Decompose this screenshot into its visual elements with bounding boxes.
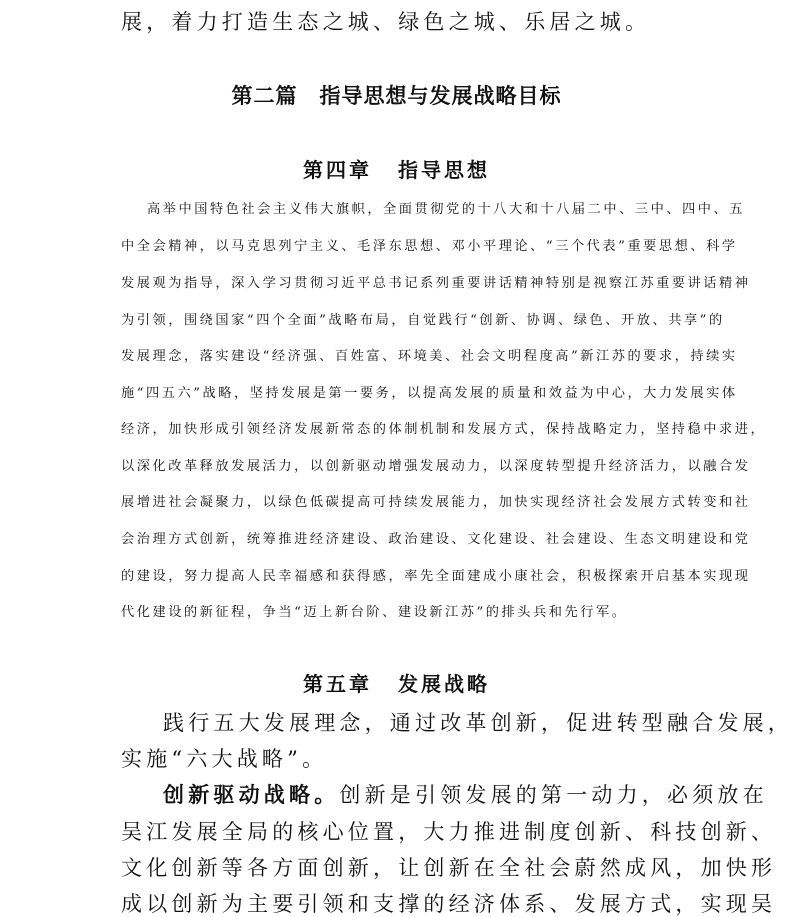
paragraph-line: 施“四五六”战略，坚持发展是第一要务，以提高发展的质量和效益为中心，大力发展实体 bbox=[121, 382, 738, 401]
paragraph-line: 经济，加快形成引领经济发展新常态的体制机制和发展方式，保持战略定力，坚持稳中求进… bbox=[121, 418, 766, 437]
paragraph-line: 发展观为指导，深入学习贯彻习近平总书记系列重要讲话精神特别是视察江苏重要讲话精神 bbox=[121, 272, 751, 291]
strategy-lead: 创新驱动战略。 bbox=[163, 782, 339, 807]
paragraph-line: 代化建设的新征程，争当“迈上新台阶、建设新江苏”的排头兵和先行军。 bbox=[121, 601, 627, 620]
paragraph-line: 中全会精神，以马克思列宁主义、毛泽东思想、邓小平理论、“三个代表”重要思想、科学 bbox=[121, 235, 738, 254]
paragraph-line: 会治理方式创新，统筹推进经济建设、政治建设、文化建设、社会建设、生态文明建设和党 bbox=[121, 528, 751, 547]
paragraph-line: 高举中国特色社会主义伟大旗帜，全面贯彻党的十八大和十八届二中、三中、四中、五 bbox=[147, 198, 745, 217]
paragraph-line: 创新驱动战略。创新是引领发展的第一动力，必须放在 bbox=[163, 779, 768, 809]
chapter-heading: 指导思想 bbox=[398, 158, 490, 182]
paragraph-line: 践行五大发展理念，通过改革创新，促进转型融合发展， bbox=[163, 707, 793, 737]
paragraph-line: 文化创新等各方面创新，让创新在全社会蔚然成风，加快形 bbox=[121, 852, 776, 882]
chapter-4-title: 第四章指导思想 bbox=[0, 154, 793, 183]
paragraph-line: 发展理念，落实建设“经济强、百姓富、环境美、社会文明程度高”新江苏的要求，持续实 bbox=[121, 345, 738, 364]
strategy-text: 创新是引领发展的第一动力，必须放在 bbox=[339, 783, 767, 807]
paragraph-line: 以深化改革释放发展活力，以创新驱动增强发展动力，以深度转型提升经济活力，以融合发 bbox=[121, 455, 751, 474]
part-heading: 指导思想与发展战略目标 bbox=[320, 84, 562, 108]
continuation-line: 展，着力打造生态之城、绿色之城、乐居之城。 bbox=[121, 6, 650, 36]
chapter-5-title: 第五章发展战略 bbox=[0, 668, 793, 697]
chapter-number: 第五章 bbox=[303, 672, 372, 696]
paragraph-line: 成以创新为主要引领和支撑的经济体系、发展方式，实现吴 bbox=[121, 888, 776, 917]
chapter-heading: 发展战略 bbox=[398, 672, 490, 696]
paragraph-line: 为引领，围绕国家“四个全面”战略布局，自觉践行“创新、协调、绿色、开放、共享”的 bbox=[121, 309, 725, 328]
paragraph-line: 展增进社会凝聚力，以绿色低碳提高可持续发展能力，加快实现经济社会发展方式转变和社 bbox=[121, 491, 751, 510]
document-page: 展，着力打造生态之城、绿色之城、乐居之城。 第二篇指导思想与发展战略目标 第四章… bbox=[0, 0, 793, 917]
paragraph-line: 吴江发展全局的核心位置，大力推进制度创新、科技创新、 bbox=[121, 816, 776, 846]
paragraph-line: 的建设，努力提高人民幸福感和获得感，率先全面建成小康社会，积极探索开启基本实现现 bbox=[121, 565, 751, 584]
paragraph-line: 实施“六大战略”。 bbox=[121, 743, 327, 773]
part-title: 第二篇指导思想与发展战略目标 bbox=[0, 80, 793, 110]
part-number: 第二篇 bbox=[232, 84, 298, 108]
chapter-number: 第四章 bbox=[303, 158, 372, 182]
